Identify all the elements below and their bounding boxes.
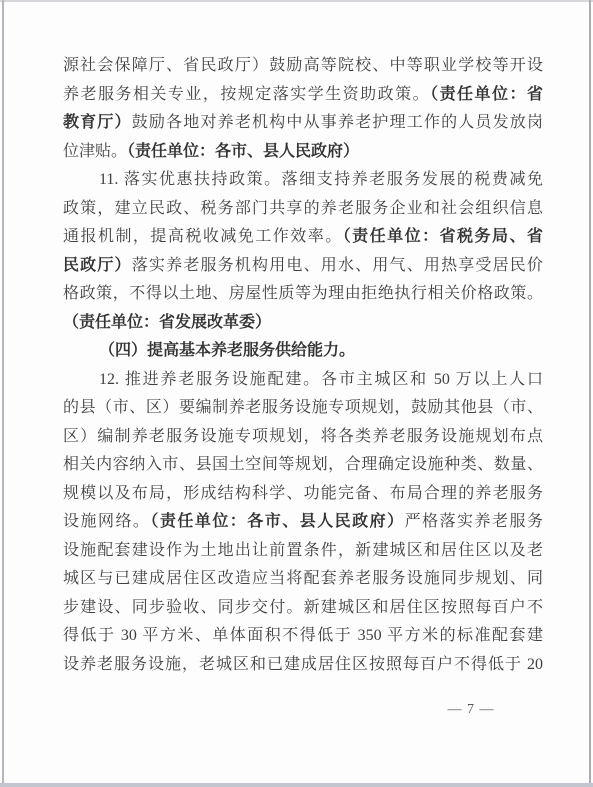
scan-edge-top xyxy=(0,0,593,2)
body-text: 落实养老服务机构用电、用水、用气、用热享受居民价 xyxy=(132,257,543,274)
responsibility-unit-text: （责任单位：各市、县人民政府） xyxy=(150,513,404,530)
text-line: 设施网络。（责任单位：各市、县人民政府）严格落实养老服务 xyxy=(63,508,543,537)
text-line: 11. 落实优惠扶持政策。落细支持养老服务发展的税费减免 xyxy=(63,166,543,195)
text-line: 设施配套建设作为土地出让前置条件，新建城区和居住区以及老 xyxy=(63,537,543,566)
body-text: 政策，建立民政、税务部门共享的养老服务企业和社会组织信息 xyxy=(63,200,543,217)
text-line: 步建设、同步验收、同步交付。新建城区和居住区按照每百户不 xyxy=(63,594,543,623)
text-line: 城区与已建成居住区改造应当将配套养老服务设施同步规划、同 xyxy=(63,565,543,594)
text-line: 12. 推进养老服务设施配建。各市主城区和 50 万以上人口 xyxy=(63,366,543,395)
text-line: 的县（市、区）要编制养老服务设施专项规划，鼓励其他县（市、 xyxy=(63,394,543,423)
body-text: 格政策，不得以土地、房屋性质等为理由拒绝执行相关价格政策。 xyxy=(63,285,543,302)
text-line: 格政策，不得以土地、房屋性质等为理由拒绝执行相关价格政策。 xyxy=(63,280,543,309)
body-text: 12. 推进养老服务设施配建。各市主城区和 50 万以上人口 xyxy=(99,371,543,388)
text-line: 位津贴。（责任单位：各市、县人民政府） xyxy=(63,138,543,167)
body-text: 设施配套建设作为土地出让前置条件，新建城区和居住区以及老 xyxy=(63,542,543,559)
responsibility-unit-text: （责任单位：省 xyxy=(430,86,543,103)
text-line: 养老服务相关专业，按规定落实学生资助政策。（责任单位：省 xyxy=(63,81,543,110)
body-text: 步建设、同步验收、同步交付。新建城区和居住区按照每百户不 xyxy=(63,599,543,616)
body-text: 的县（市、区）要编制养老服务设施专项规划，鼓励其他县（市、 xyxy=(63,399,543,416)
scanned-document-page: 源社会保障厅、省民政厅）鼓励高等院校、中等职业学校等开设养老服务相关专业，按规定… xyxy=(0,0,593,787)
scan-edge-right xyxy=(589,0,591,787)
body-text: 区）编制养老服务设施专项规划，将各类养老服务设施规划布点 xyxy=(63,428,543,445)
responsibility-unit-text: （责任单位：省发展改革委） xyxy=(63,314,271,331)
document-body: 源社会保障厅、省民政厅）鼓励高等院校、中等职业学校等开设养老服务相关专业，按规定… xyxy=(63,52,543,679)
body-text: 设养老服务设施，老城区和已建成居住区按照每百户不得低于 20 xyxy=(63,656,543,673)
text-line: 通报机制，提高税收减免工作效率。（责任单位：省税务局、省 xyxy=(63,223,543,252)
text-line: 相关内容纳入市、县国土空间等规划，合理确定设施种类、数量、 xyxy=(63,451,543,480)
text-line: 区）编制养老服务设施专项规划，将各类养老服务设施规划布点 xyxy=(63,423,543,452)
text-line: 设养老服务设施，老城区和已建成居住区按照每百户不得低于 20 xyxy=(63,651,543,680)
text-line: （四）提高基本养老服务供给能力。 xyxy=(63,337,543,366)
text-line: 民政厅）落实养老服务机构用电、用水、用气、用热享受居民价 xyxy=(63,252,543,281)
body-text: 11. 落实优惠扶持政策。落细支持养老服务发展的税费减免 xyxy=(99,171,543,188)
body-text: 得低于 30 平方米、单体面积不得低于 350 平方米的标准配套建 xyxy=(63,627,543,644)
text-line: 政策，建立民政、税务部门共享的养老服务企业和社会组织信息 xyxy=(63,195,543,224)
page-number: — 7 — xyxy=(436,702,506,718)
text-line: 规模以及布局，形成结构科学、功能完备、布局合理的养老服务 xyxy=(63,480,543,509)
body-text: 规模以及布局，形成结构科学、功能完备、布局合理的养老服务 xyxy=(63,485,543,502)
responsibility-unit-text: 民政厅） xyxy=(63,257,132,274)
body-text: 严格落实养老服务 xyxy=(405,513,543,530)
responsibility-unit-text: （责任单位：各市、县人民政府） xyxy=(127,143,359,160)
text-line: 得低于 30 平方米、单体面积不得低于 350 平方米的标准配套建 xyxy=(63,622,543,651)
responsibility-unit-text: （四）提高基本养老服务供给能力。 xyxy=(99,342,355,359)
body-text: 养老服务相关专业，按规定落实学生资助政策。 xyxy=(63,86,430,103)
body-text: 鼓励各地对养老机构中从事养老护理工作的人员发放岗 xyxy=(132,114,543,131)
text-line: 教育厅）鼓励各地对养老机构中从事养老护理工作的人员发放岗 xyxy=(63,109,543,138)
body-text: 源社会保障厅、省民政厅）鼓励高等院校、中等职业学校等开设 xyxy=(63,57,543,74)
text-line: （责任单位：省发展改革委） xyxy=(63,309,543,338)
body-text: 设施网络。 xyxy=(63,513,150,530)
body-text: 通报机制，提高税收减免工作效率。 xyxy=(63,228,343,245)
scan-edge-left xyxy=(2,0,4,787)
responsibility-unit-text: （责任单位：省税务局、省 xyxy=(343,228,543,245)
responsibility-unit-text: 教育厅） xyxy=(63,114,132,131)
text-line: 源社会保障厅、省民政厅）鼓励高等院校、中等职业学校等开设 xyxy=(63,52,543,81)
body-text: 位津贴。 xyxy=(63,143,127,160)
body-text: 相关内容纳入市、县国土空间等规划，合理确定设施种类、数量、 xyxy=(63,456,543,473)
scan-edge-bottom xyxy=(0,783,593,787)
body-text: 城区与已建成居住区改造应当将配套养老服务设施同步规划、同 xyxy=(63,570,543,587)
